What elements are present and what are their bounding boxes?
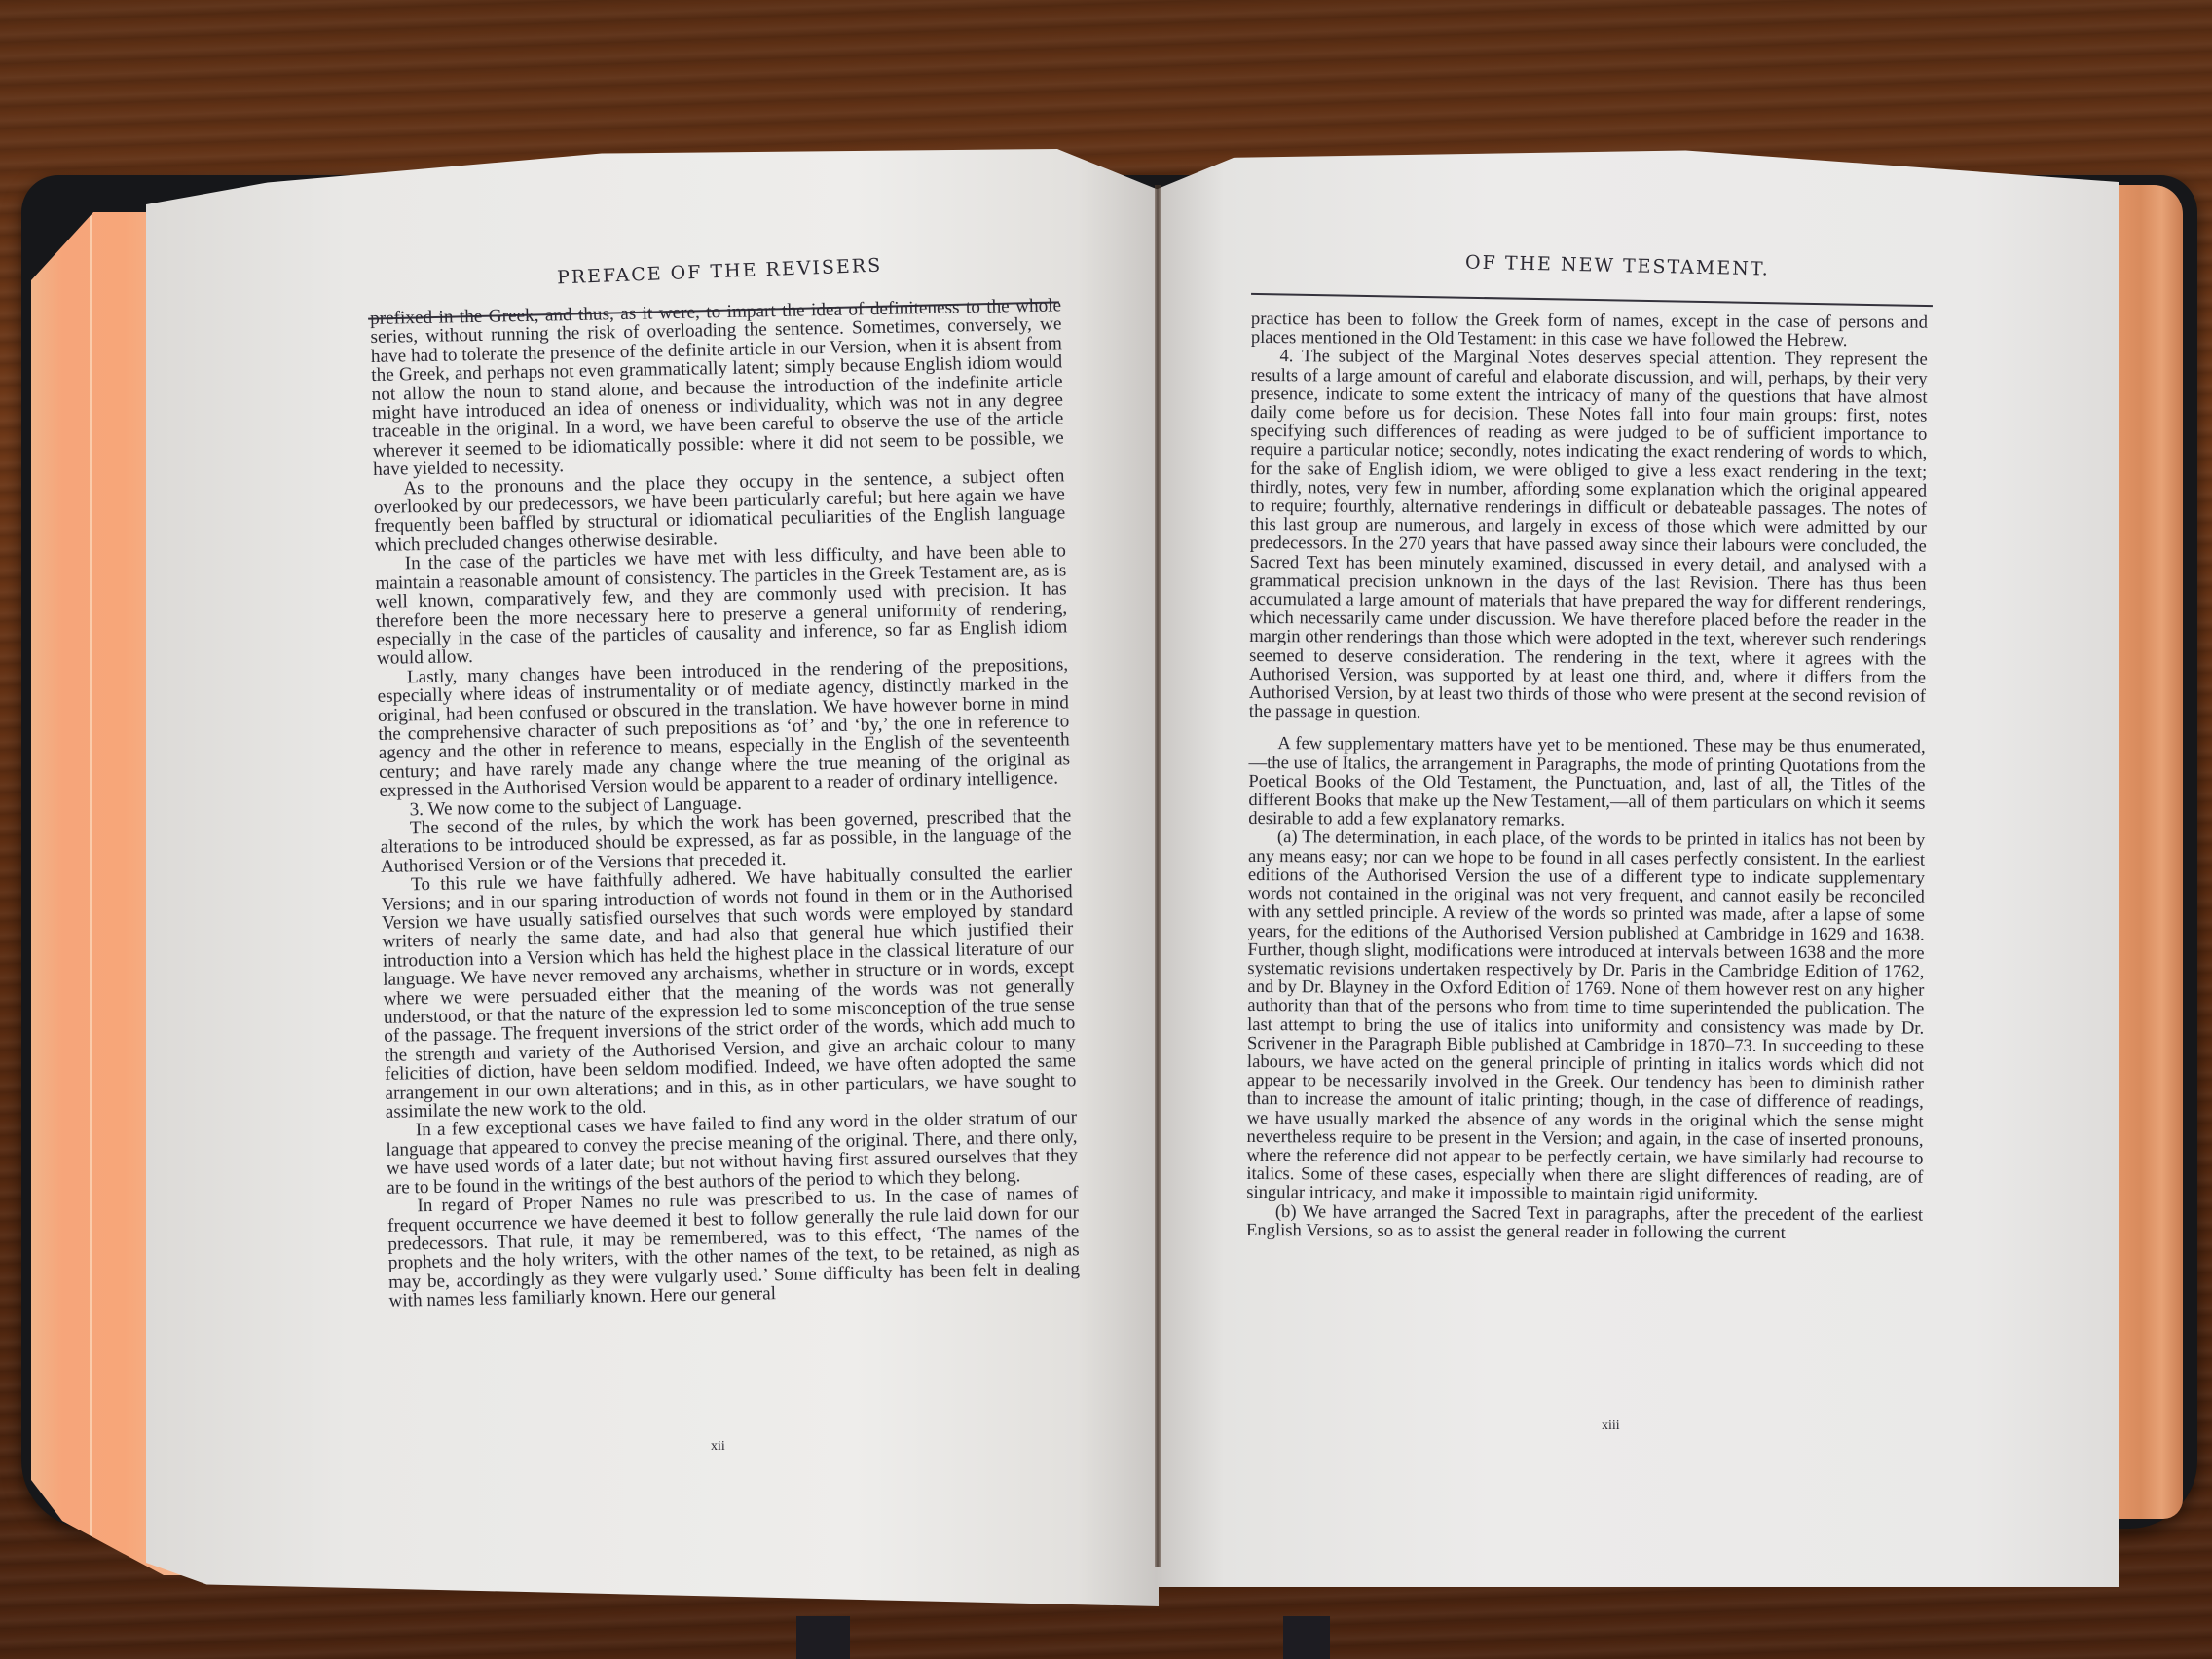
- right-page-body: practice has been to follow the Greek fo…: [1246, 310, 1928, 1243]
- left-paragraph-1: prefixed in the Greek, and thus, as it w…: [370, 296, 1064, 479]
- left-paragraph-4: Lastly, many changes have been introduce…: [377, 655, 1070, 800]
- right-paragraph-1: practice has been to follow the Greek fo…: [1251, 310, 1928, 350]
- right-paragraph-paragraphs: (b) We have arranged the Sacred Text in …: [1246, 1202, 1923, 1243]
- ribbon-marker-right: [1283, 1616, 1330, 1659]
- left-page-body: prefixed in the Greek, and thus, as it w…: [370, 296, 1081, 1310]
- left-paragraph-7: In a few exceptional cases we have faile…: [386, 1109, 1078, 1198]
- book-gutter: [1155, 185, 1161, 1567]
- right-paragraph-italics: (a) The determination, in each place, of…: [1246, 828, 1925, 1205]
- left-paragraph-2: As to the pronouns and the place they oc…: [373, 466, 1065, 555]
- right-section-4-marginal-notes: 4. The subject of the Marginal Notes des…: [1249, 347, 1928, 724]
- right-page-number: xiii: [1602, 1419, 1620, 1434]
- ribbon-marker-left: [796, 1616, 850, 1659]
- right-page-edges-gilt: [2113, 185, 2183, 1519]
- left-paragraph-6: To this rule we have faithfully adhered.…: [381, 863, 1077, 1122]
- left-page-number: xii: [711, 1439, 725, 1455]
- right-paragraph-supplementary: A few supplementary matters have yet to …: [1248, 734, 1925, 831]
- left-paragraph-3: In the case of the particles we have met…: [375, 542, 1068, 669]
- left-paragraph-8: In regard of Proper Names no rule was pr…: [387, 1184, 1081, 1310]
